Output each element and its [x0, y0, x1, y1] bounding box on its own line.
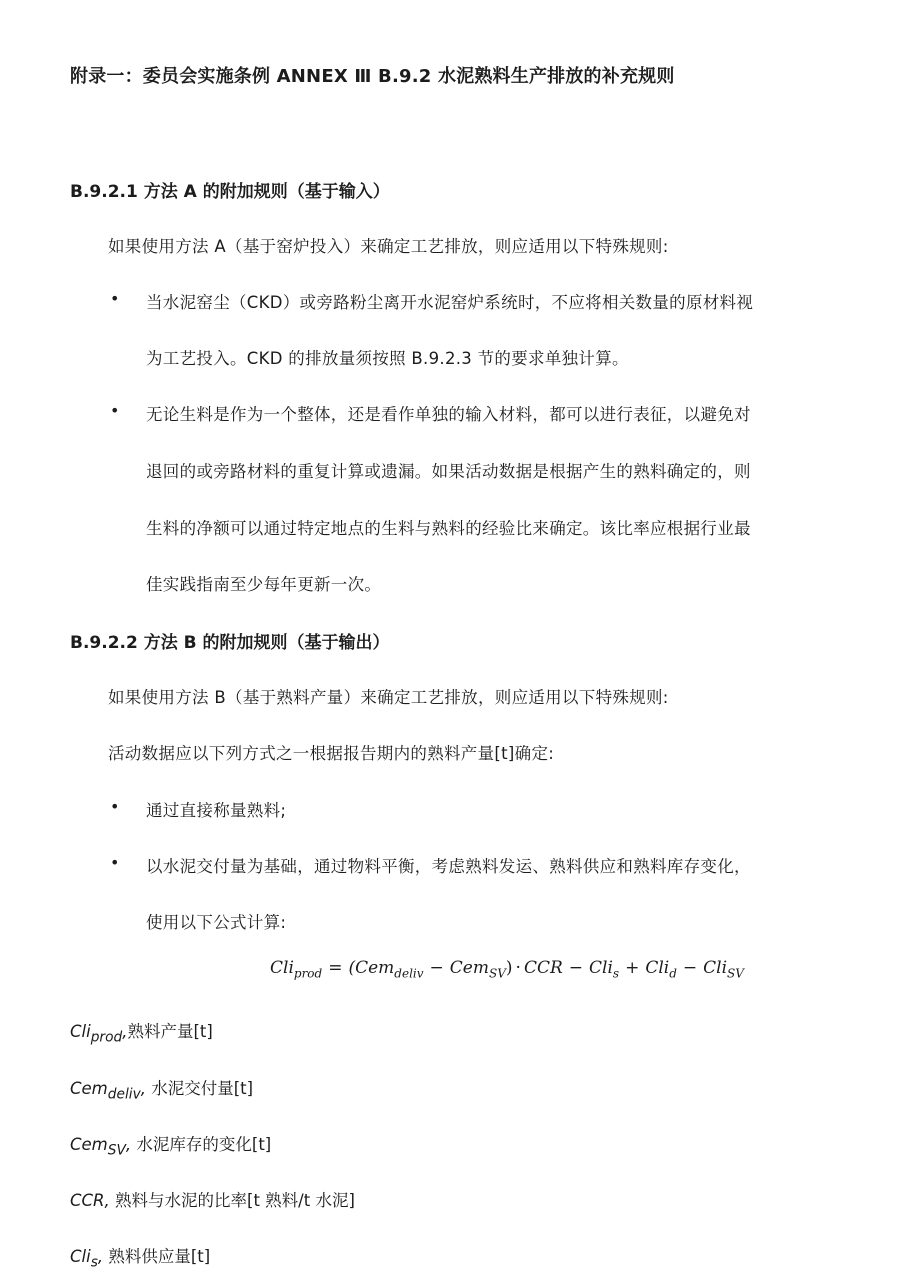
clinker-production-formula: Cliprod=(Cemdeliv−CemSV)·CCR−Clis+Clid−C…: [270, 958, 744, 980]
bullet-icon: •: [110, 289, 120, 308]
section-heading-method-a: B.9.2.1 方法 A 的附加规则（基于输入）: [70, 177, 390, 202]
document-title: 附录一：委员会实施条例 ANNEX Ⅲ B.9.2 水泥熟料生产排放的补充规则: [70, 62, 675, 88]
definition-cem-sv: CemSV, 水泥库存的变化[t]: [70, 1131, 271, 1158]
section-a-bullet-2-line-1: 无论生料是作为一个整体，还是看作单独的输入材料，都可以进行表征，以避免对: [146, 401, 751, 425]
definition-cem-deliv: Cemdeliv, 水泥交付量[t]: [70, 1075, 253, 1102]
definition-ccr: CCR, 熟料与水泥的比率[t 熟料/t 水泥]: [70, 1187, 355, 1211]
section-b-intro: 如果使用方法 B（基于熟料产量）来确定工艺排放，则应适用以下特殊规则:: [108, 684, 669, 708]
bullet-icon: •: [110, 401, 120, 420]
definition-cli-prod: Cliprod,熟料产量[t]: [70, 1018, 213, 1045]
section-b-bullet-2-line-1: 以水泥交付量为基础，通过物料平衡，考虑熟料发运、熟料供应和熟料库存变化，: [146, 853, 751, 877]
definition-cli-s: Clis, 熟料供应量[t]: [70, 1243, 210, 1270]
bullet-icon: •: [110, 797, 120, 816]
section-a-bullet-2-line-4: 佳实践指南至少每年更新一次。: [146, 571, 381, 595]
section-b-bullet-1: 通过直接称量熟料;: [146, 797, 286, 821]
section-a-bullet-2-line-2: 退回的或旁路材料的重复计算或遗漏。如果活动数据是根据产生的熟料确定的，则: [146, 458, 751, 482]
section-heading-method-b: B.9.2.2 方法 B 的附加规则（基于输出）: [70, 628, 390, 653]
bullet-icon: •: [110, 853, 120, 872]
section-a-bullet-1-line-2: 为工艺投入。CKD 的排放量须按照 B.9.2.3 节的要求单独计算。: [146, 345, 629, 369]
section-b-bullet-2-line-2: 使用以下公式计算:: [146, 909, 286, 933]
section-b-activity-data: 活动数据应以下列方式之一根据报告期内的熟料产量[t]确定:: [108, 740, 554, 764]
section-a-bullet-1-line-1: 当水泥窑尘（CKD）或旁路粉尘离开水泥窑炉系统时，不应将相关数量的原材料视: [146, 289, 753, 313]
section-a-intro: 如果使用方法 A（基于窑炉投入）来确定工艺排放，则应适用以下特殊规则:: [108, 233, 669, 257]
section-a-bullet-2-line-3: 生料的净额可以通过特定地点的生料与熟料的经验比来确定。该比率应根据行业最: [146, 515, 751, 539]
